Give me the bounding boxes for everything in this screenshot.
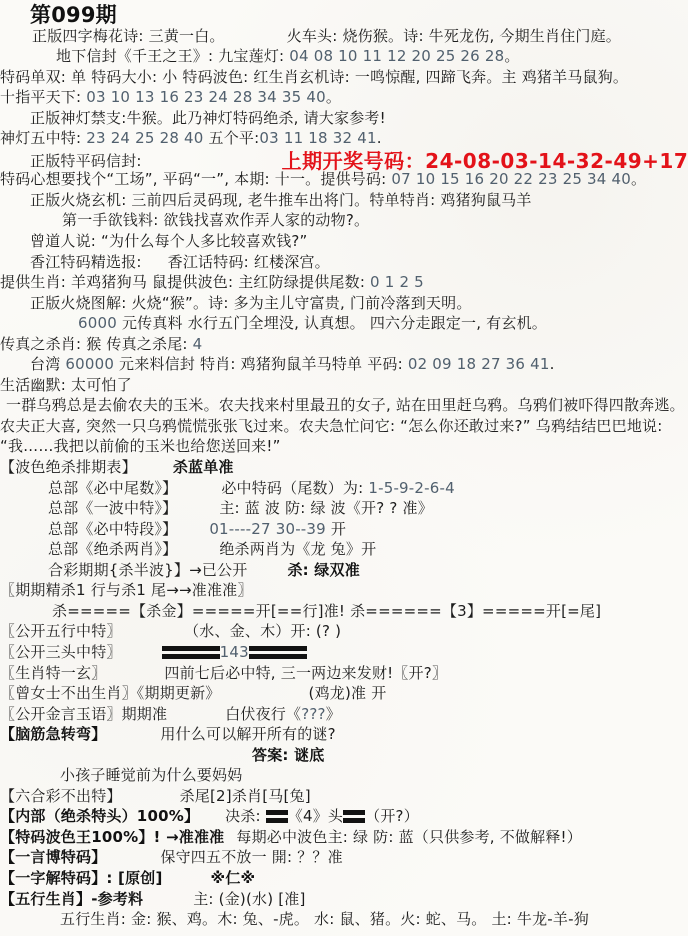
kid-riddle-line: 小孩子睡觉前为什么要妈妈 (0, 765, 688, 786)
text-segment: 07 10 15 16 20 22 23 25 34 40 (391, 170, 631, 188)
text-segment: 元来料信封 特肖: 鸡猪狗鼠羊马特单 平码: (114, 355, 408, 373)
text-segment: 1-5-9-2-6-4 (368, 479, 455, 497)
yuqianliao-line: 第一手欲钱料: 欲钱找喜欢作弄人家的动物?。 (0, 210, 688, 231)
text-segment: （开?） (365, 807, 419, 825)
text-segment: 〖公开三头中特〗 (0, 643, 122, 661)
zongbu-jueshaliangxiao-line: 总部《绝杀两肖》】绝杀两肖为《龙 兔》开 (0, 539, 688, 560)
text-segment: 02 09 18 27 36 41 (408, 355, 550, 373)
taiwan-60000-line: 台湾 60000 元来料信封 特肖: 鸡猪狗鼠羊马特单 平码: 02 09 18… (0, 354, 688, 375)
text-segment: 杀: 绿双准 (287, 561, 359, 579)
zongbu-bizhongweishu-line: 总部《必中尾数》】必中特码（尾数）为: 1-5-9-2-6-4 (0, 478, 688, 499)
text-segment: 【波色绝杀排期表】 (0, 458, 137, 476)
wuxing-shengxiao-header-line: 【五行生肖】-参考料主: (金)(水) [准] (0, 889, 688, 910)
text-segment: 五个平: (204, 129, 260, 147)
joke-line-1: 一群乌鸦总是去偷农夫的玉米。农夫找来村里最丑的女子, 站在田里赶乌鸦。乌鸦们被吓… (0, 395, 688, 416)
text-segment: 白伏夜行《 (225, 705, 301, 723)
text-segment: 正版神灯禁支:牛猴。此乃神灯特码绝杀, 请大家参考! (30, 109, 386, 127)
text-segment: 〖公开五行中特〗 (0, 622, 122, 640)
text-segment: 元传真料 水行五门全埋没, 认真想。 四六分走跟定一, 有玄机。 (117, 314, 547, 332)
tigong-shengxiao-line: 提供生肖: 羊鸡猪狗马 鼠提供波色: 主红防绿提供尾数: 0 1 2 5 (0, 272, 688, 293)
text-segment: 总部《必中尾数》】 (48, 479, 177, 497)
text-segment: 4 (193, 335, 203, 353)
chuanzhen-6000-line: 6000 元传真料 水行五门全埋没, 认真想。 四六分走跟定一, 有玄机。 (0, 313, 688, 334)
text-segment: 《4》头 (288, 807, 343, 825)
text-segment: 03 10 13 16 23 24 28 34 35 40 (86, 88, 326, 106)
shendeng-jinzhi-line: 正版神灯禁支:牛猴。此乃神灯特码绝杀, 请大家参考! (0, 108, 688, 129)
yiyan-botema-line: 【一言博特码】保守四五不放一 開: ？？准 (0, 847, 688, 868)
black-bars-icon (266, 810, 288, 823)
text-segment: . (377, 129, 382, 147)
text-segment: 必中特码（尾数）为: (221, 479, 368, 497)
text-segment: 〖生肖特一玄〗 (0, 664, 106, 682)
shenghuo-youmo-line: 生活幽默: 太可怕了 (0, 375, 688, 396)
text-segment: 神灯五中特: (0, 129, 86, 147)
text-segment: 地下信封《千王之王》: 九宝莲灯: (56, 47, 289, 65)
gongkai-wuxing-line: 〖公开五行中特〗（水、金、木）开: (? ) (0, 621, 688, 642)
text-segment: 台湾 (30, 355, 65, 373)
text-segment: 主: 蓝 波 防: 绿 波《开? ? 准》 (219, 499, 433, 517)
text-segment: 总部《必中特段》】 (48, 520, 177, 538)
text-segment: 第099期 (30, 3, 117, 27)
text-segment: 杀尾[2]杀肖[马[兔] (180, 787, 311, 805)
naojin-jizhuanwan-line: 【脑筋急转弯】用什么可以解开所有的谜? (0, 724, 688, 745)
text-segment: 正版火烧玄机: 三前四后灵码现, 老牛推车出将门。特单特肖: 鸡猪狗鼠马羊 (30, 191, 532, 209)
text-segment: 决杀: (225, 807, 266, 825)
tema-danshuang-line: 特码单双: 单 特码大小: 小 特码波色: 红生肖玄机诗: 一鸣惊醒, 四蹄飞奔… (0, 67, 688, 88)
text-segment: 【一字解特码】: [原创] (0, 869, 163, 887)
text-segment: 用什么可以解开所有的谜? (160, 725, 335, 743)
text-segment: 农夫正大喜, 突然一只乌鸦慌慌张张飞过来。农夫急忙问它: “怎么你还敢过来?” … (0, 417, 663, 435)
dixia-xinfeng-line: 地下信封《千王之王》: 九宝莲灯: 04 08 10 11 12 20 25 2… (0, 46, 688, 67)
text-segment: 60000 (65, 355, 114, 373)
issue-title: 第099期 (0, 5, 688, 26)
text-segment: ※仁※ (211, 869, 256, 887)
text-segment: 【六合彩不出特】 (0, 787, 122, 805)
text-segment: 主: (金)(水) [准] (193, 890, 305, 908)
text-segment: ??? (301, 705, 325, 723)
joke-line-3: “我……我把以前偷的玉米也给您送回来!” (0, 436, 688, 457)
shengxiao-teyixuan-line: 〖生肖特一玄〗四前七后必中特, 三一两边来发财!〖开?〗 (0, 663, 688, 684)
text-segment: 23 24 25 28 40 (86, 129, 203, 147)
joke-line-2: 农夫正大喜, 突然一只乌鸦慌慌张张飞过来。农夫急忙问它: “怎么你还敢过来?” … (0, 416, 688, 437)
text-segment: 保守四五不放一 開: ？？准 (160, 848, 342, 866)
text-segment: 。 (326, 88, 341, 106)
zongbu-bizhongteduan-line: 总部《必中特段》】01----27 30--39 开 (0, 519, 688, 540)
black-bars-icon (343, 810, 365, 823)
text-segment: “我……我把以前偷的玉米也给您送回来!” (0, 437, 281, 455)
text-segment: 特码单双: 单 特码大小: 小 特码波色: 红生肖玄机诗: 一鸣惊醒, 四蹄飞奔… (0, 68, 628, 86)
liuhecai-buchute-line: 【六合彩不出特】杀尾[2]杀肖[马[兔] (0, 786, 688, 807)
zongbu-yibozhongte-line: 总部《一波中特》】主: 蓝 波 防: 绿 波《开? ? 准》 (0, 498, 688, 519)
text-segment: 〖公开金言玉语〗期期准 (0, 705, 167, 723)
boshe-paiqibiao-line: 【波色绝杀排期表】杀蓝单准 (0, 457, 688, 478)
text-segment: 04 08 10 11 12 20 25 26 28 (289, 47, 504, 65)
text-segment: 6000 (78, 314, 117, 332)
text-segment: 》 (326, 705, 341, 723)
gongkai-santou-line: 〖公开三头中特〗143 (0, 642, 688, 663)
hecai-shabanbo-line: 合彩期期{杀半波}】→已公开杀: 绿双准 (0, 560, 688, 581)
text-segment: 杀蓝单准 (173, 458, 234, 476)
text-segment: 01----27 30--39 (209, 520, 331, 538)
text-segment: 【一言博特码】 (0, 848, 106, 866)
text-segment: 总部《绝杀两肖》】 (48, 540, 177, 558)
text-segment: 〖期期精杀1 行与杀1 尾→→准准准〗 (0, 581, 253, 599)
text-segment: 绝杀两肖为《龙 兔》开 (219, 540, 376, 558)
text-segment: . (550, 355, 555, 373)
text-segment: （水、金、木）开: (? ) (192, 622, 342, 640)
text-segment: (鸡龙)准 开 (309, 684, 387, 702)
huoshao-xuanji-line: 正版火烧玄机: 三前四后灵码现, 老牛推车出将门。特单特肖: 鸡猪狗鼠马羊 (0, 190, 688, 211)
text-segment: 143 (220, 643, 249, 661)
shendeng-wuzhongte-line: 神灯五中特: 23 24 25 28 40 五个平:03 11 18 32 41… (0, 128, 688, 149)
black-bars-icon (249, 646, 307, 659)
text-segment: 【脑筋急转弯】 (0, 725, 106, 743)
qiqi-jingsha-line: 〖期期精杀1 行与杀1 尾→→准准准〗 (0, 580, 688, 601)
text-segment: 【五行生肖】-参考料 (0, 890, 143, 908)
text-segment: 0 1 2 5 (370, 273, 424, 291)
text-segment: 合彩期期{杀半波}】→已公开 (48, 561, 247, 579)
yizi-jietema-line: 【一字解特码】: [原创]※仁※ (0, 868, 688, 889)
text-segment: 十指平天下: (0, 88, 86, 106)
text-segment: 〖曾女士不出生肖〗《期期更新》 (0, 684, 221, 702)
tema-bosewang-line: 【特码波色王100%】! →准准准每期必中波色主: 绿 防: 蓝（只供参考, 不… (0, 827, 688, 848)
text-segment: 香江话特码: 红楼深宫。 (168, 253, 330, 271)
text-segment: 正版特平码信封: (30, 152, 142, 170)
text-segment: 每期必中波色主: 绿 防: 蓝（只供参考, 不做解释!） (236, 828, 582, 846)
answer-line: 答案: 谜底 (0, 745, 688, 766)
text-segment: 小孩子睡觉前为什么要妈妈 (60, 766, 242, 784)
text-segment: 四前七后必中特, 三一两边来发财!〖开?〗 (164, 664, 447, 682)
text-segment: 正版火烧图解: 火烧“猴”。诗: 多为主儿守富贵, 门前冷落到天明。 (30, 294, 472, 312)
text-segment: 【内部（绝杀特头）100%】 (0, 807, 199, 825)
last-draw-line: 正版特平码信封:上期开奖号码：24-08-03-14-32-49+17 (0, 149, 688, 170)
text-segment: 正版四字梅花诗: 三黄一白。 (32, 27, 225, 45)
lottery-tip-sheet: 第099期正版四字梅花诗: 三黄一白。火车头: 烧伤猴。诗: 牛死龙伤, 今期生… (0, 0, 688, 936)
wuxing-shengxiao-detail-line: 五行生肖: 金: 猴、鸡。木: 兔、-虎。 水: 鼠、猪。火: 蛇、马。 土: … (0, 909, 688, 930)
text-segment: 【特码波色王100%】! →准准准 (0, 828, 224, 846)
text-segment: 开 (331, 520, 346, 538)
text-segment: 曾道人说: “为什么每个人多比较喜欢钱?” (30, 232, 308, 250)
shizhi-pingtianxia-line: 十指平天下: 03 10 13 16 23 24 28 34 35 40。 (0, 87, 688, 108)
meihua-poem-line: 正版四字梅花诗: 三黄一白。火车头: 烧伤猴。诗: 牛死龙伤, 今期生肖住门庭。 (0, 26, 688, 47)
text-segment: 提供生肖: 羊鸡猪狗马 鼠提供波色: 主红防绿提供尾数: (0, 273, 370, 291)
text-segment: 一群乌鸦总是去偷农夫的玉米。农夫找来村里最丑的女子, 站在田里赶乌鸦。乌鸦们被吓… (6, 396, 685, 414)
text-segment: 总部《一波中特》】 (48, 499, 177, 517)
text-segment: 杀=====【杀金】=====开[==行]准! 杀======【3】=====开… (52, 602, 601, 620)
text-segment: 生活幽默: 太可怕了 (0, 376, 132, 394)
text-segment: 。 (504, 47, 519, 65)
xiangjiang-line: 香江特码精选报:香江话特码: 红楼深宫。 (0, 252, 688, 273)
shajin-equals-line: 杀=====【杀金】=====开[==行]准! 杀======【3】=====开… (0, 601, 688, 622)
text-segment: 答案: 谜底 (252, 746, 324, 764)
text-segment: 火车头: 烧伤猴。诗: 牛死龙伤, 今期生肖住门庭。 (287, 27, 621, 45)
chuanzhen-shaxiao-line: 传真之杀肖: 猴 传真之杀尾: 4 (0, 334, 688, 355)
text-segment: 香江特码精选报: (30, 253, 142, 271)
zengnvshi-line: 〖曾女士不出生肖〗《期期更新》(鸡龙)准 开 (0, 683, 688, 704)
text-segment: 传真之杀肖: 猴 传真之杀尾: (0, 335, 193, 353)
text-segment: 第一手欲钱料: 欲钱找喜欢作弄人家的动物?。 (62, 211, 369, 229)
text-segment: 五行生肖: 金: 猴、鸡。木: 兔、-虎。 水: 鼠、猪。火: 蛇、马。 土: … (60, 910, 589, 928)
zengdaoren-line: 曾道人说: “为什么每个人多比较喜欢钱?” (0, 231, 688, 252)
text-segment: 上期开奖号码：24-08-03-14-32-49+17 (282, 149, 688, 173)
neibu-juesha-tetou-line: 【内部（绝杀特头）100%】决杀: 《4》头（开?） (0, 806, 688, 827)
jinyanyuyu-line: 〖公开金言玉语〗期期准白伏夜行《???》 (0, 704, 688, 725)
black-bars-icon (162, 646, 220, 659)
text-segment: 。 (631, 170, 646, 188)
text-segment: 03 11 18 32 41 (259, 129, 376, 147)
huoshao-tujie-line: 正版火烧图解: 火烧“猴”。诗: 多为主儿守富贵, 门前冷落到天明。 (0, 293, 688, 314)
text-segment: 特码心想要找个“工场”, 平码“一”, 本期: 十一。提供号码: (0, 170, 391, 188)
